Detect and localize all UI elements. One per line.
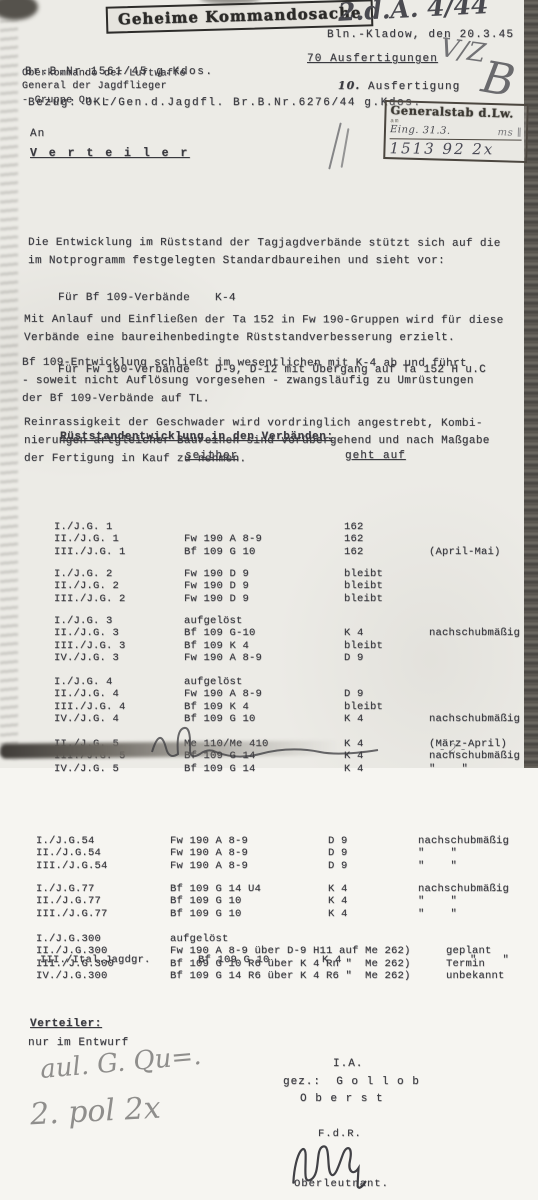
received-stamp-date-row: Eing. 31.3. ms ∥ — [390, 124, 522, 139]
reference-number: Br.B.Nr.1561/45 g.Kdos. — [25, 66, 214, 78]
geht-auf-cell: K 4 — [344, 763, 429, 775]
copy-number-handwritten: 10. — [338, 79, 360, 92]
secret-stamp-text: Geheime Kommandosache — [118, 4, 362, 29]
note-cell: unbekannt — [446, 970, 532, 982]
salutation-an: An — [30, 128, 45, 140]
paragraph-line: Reinrassigkeit der Geschwader wird vordr… — [24, 414, 490, 433]
seither-cell: Bf 109 G 14 — [184, 763, 344, 775]
seither-cell: aufgelöst — [170, 933, 446, 945]
copy-label: Ausfertigung — [360, 81, 460, 93]
document-scan: Geheime Kommandosache 2.d.A. 4/44 V/Z B … — [0, 0, 538, 1200]
salutation-verteiler: V e r t e i l e r — [30, 147, 190, 160]
place-date: Bln.-Kladow, den 20.3.45 — [327, 29, 514, 41]
signature-rank-oberst: O b e r s t — [300, 1093, 384, 1105]
table-row: I./J.G.300aufgelöst — [36, 933, 532, 945]
signature-gez-gollob: gez.: G o l l o b — [283, 1076, 420, 1088]
note-cell — [446, 933, 532, 945]
paragraph-line: der Fertigung in Kauf zu nehmen. — [24, 450, 490, 469]
received-stamp-extra: ms ∥ — [497, 127, 522, 139]
received-stamp: Generalstab d.Lw. am Eing. 31.3. ms ∥ 15… — [383, 100, 529, 163]
table-title: Rüststandentwicklung in den Verbänden: — [60, 431, 334, 443]
bezug-line: Bezug: OKL/Gen.d.Jagdfl. Br.B.Nr.6276/44… — [28, 97, 422, 109]
unit-cell: IV./J.G. 5 — [54, 763, 184, 775]
unit-cell: III./Ital.Jagdgr. — [40, 954, 198, 966]
note-cell: " " — [429, 763, 528, 775]
received-stamp-number: 1513 92 2x — [389, 138, 521, 158]
footer-entwurf: nur im Entwurf — [28, 1037, 129, 1049]
geht-auf-cell: K 4 — [322, 954, 470, 966]
handwritten-registry-note: 2.d.A. 4/44 — [337, 0, 489, 27]
table-group-jg300: I./J.G.300aufgelöstII./J.G.300Fw 190 A 8… — [36, 879, 532, 982]
handwritten-page-number: - 2 - — [440, 742, 465, 757]
signature-ia: I.A. — [333, 1058, 363, 1070]
table-row: IV./J.G. 5Bf 109 G 14K 4" " — [54, 763, 528, 775]
column-header-seither: seither — [185, 450, 238, 462]
handwritten-footer-note-2: 2. pol 2x — [29, 1091, 161, 1133]
note-cell: " " — [470, 954, 530, 966]
page-break-scribble — [150, 722, 370, 762]
unit-cell: I./J.G.300 — [36, 933, 170, 945]
pencil-slash-mark — [341, 128, 350, 168]
pencil-slash-mark — [328, 122, 342, 169]
column-header-geht-auf: geht auf — [345, 450, 406, 462]
seither-cell: Bf 109 G 14 R6 über K 4 R6 " Me 262) — [170, 970, 446, 982]
left-margin-mottling — [0, 20, 18, 760]
received-stamp-date: Eing. 31.3. — [390, 124, 451, 137]
paragraph-4: Reinrassigkeit der Geschwader wird vordr… — [24, 360, 490, 468]
copies-total: 70 Ausfertigungen — [307, 53, 438, 65]
footer-verteiler: Verteiler: — [30, 1018, 102, 1030]
sender-line: General der Jagdflieger — [22, 80, 186, 94]
ital-jagdgruppe-row: III./Ital.Jagdgr. Bf 109 G 10 K 4 " " — [40, 954, 530, 966]
unit-cell: IV./J.G.300 — [36, 970, 170, 982]
signature-rank-oberleutnant: Oberleutnant. — [294, 1178, 389, 1190]
table-row: IV./J.G.300Bf 109 G 14 R6 über K 4 R6 " … — [36, 970, 532, 982]
seither-cell: Bf 109 G 10 — [198, 954, 322, 966]
corner-smudge — [0, 0, 38, 20]
